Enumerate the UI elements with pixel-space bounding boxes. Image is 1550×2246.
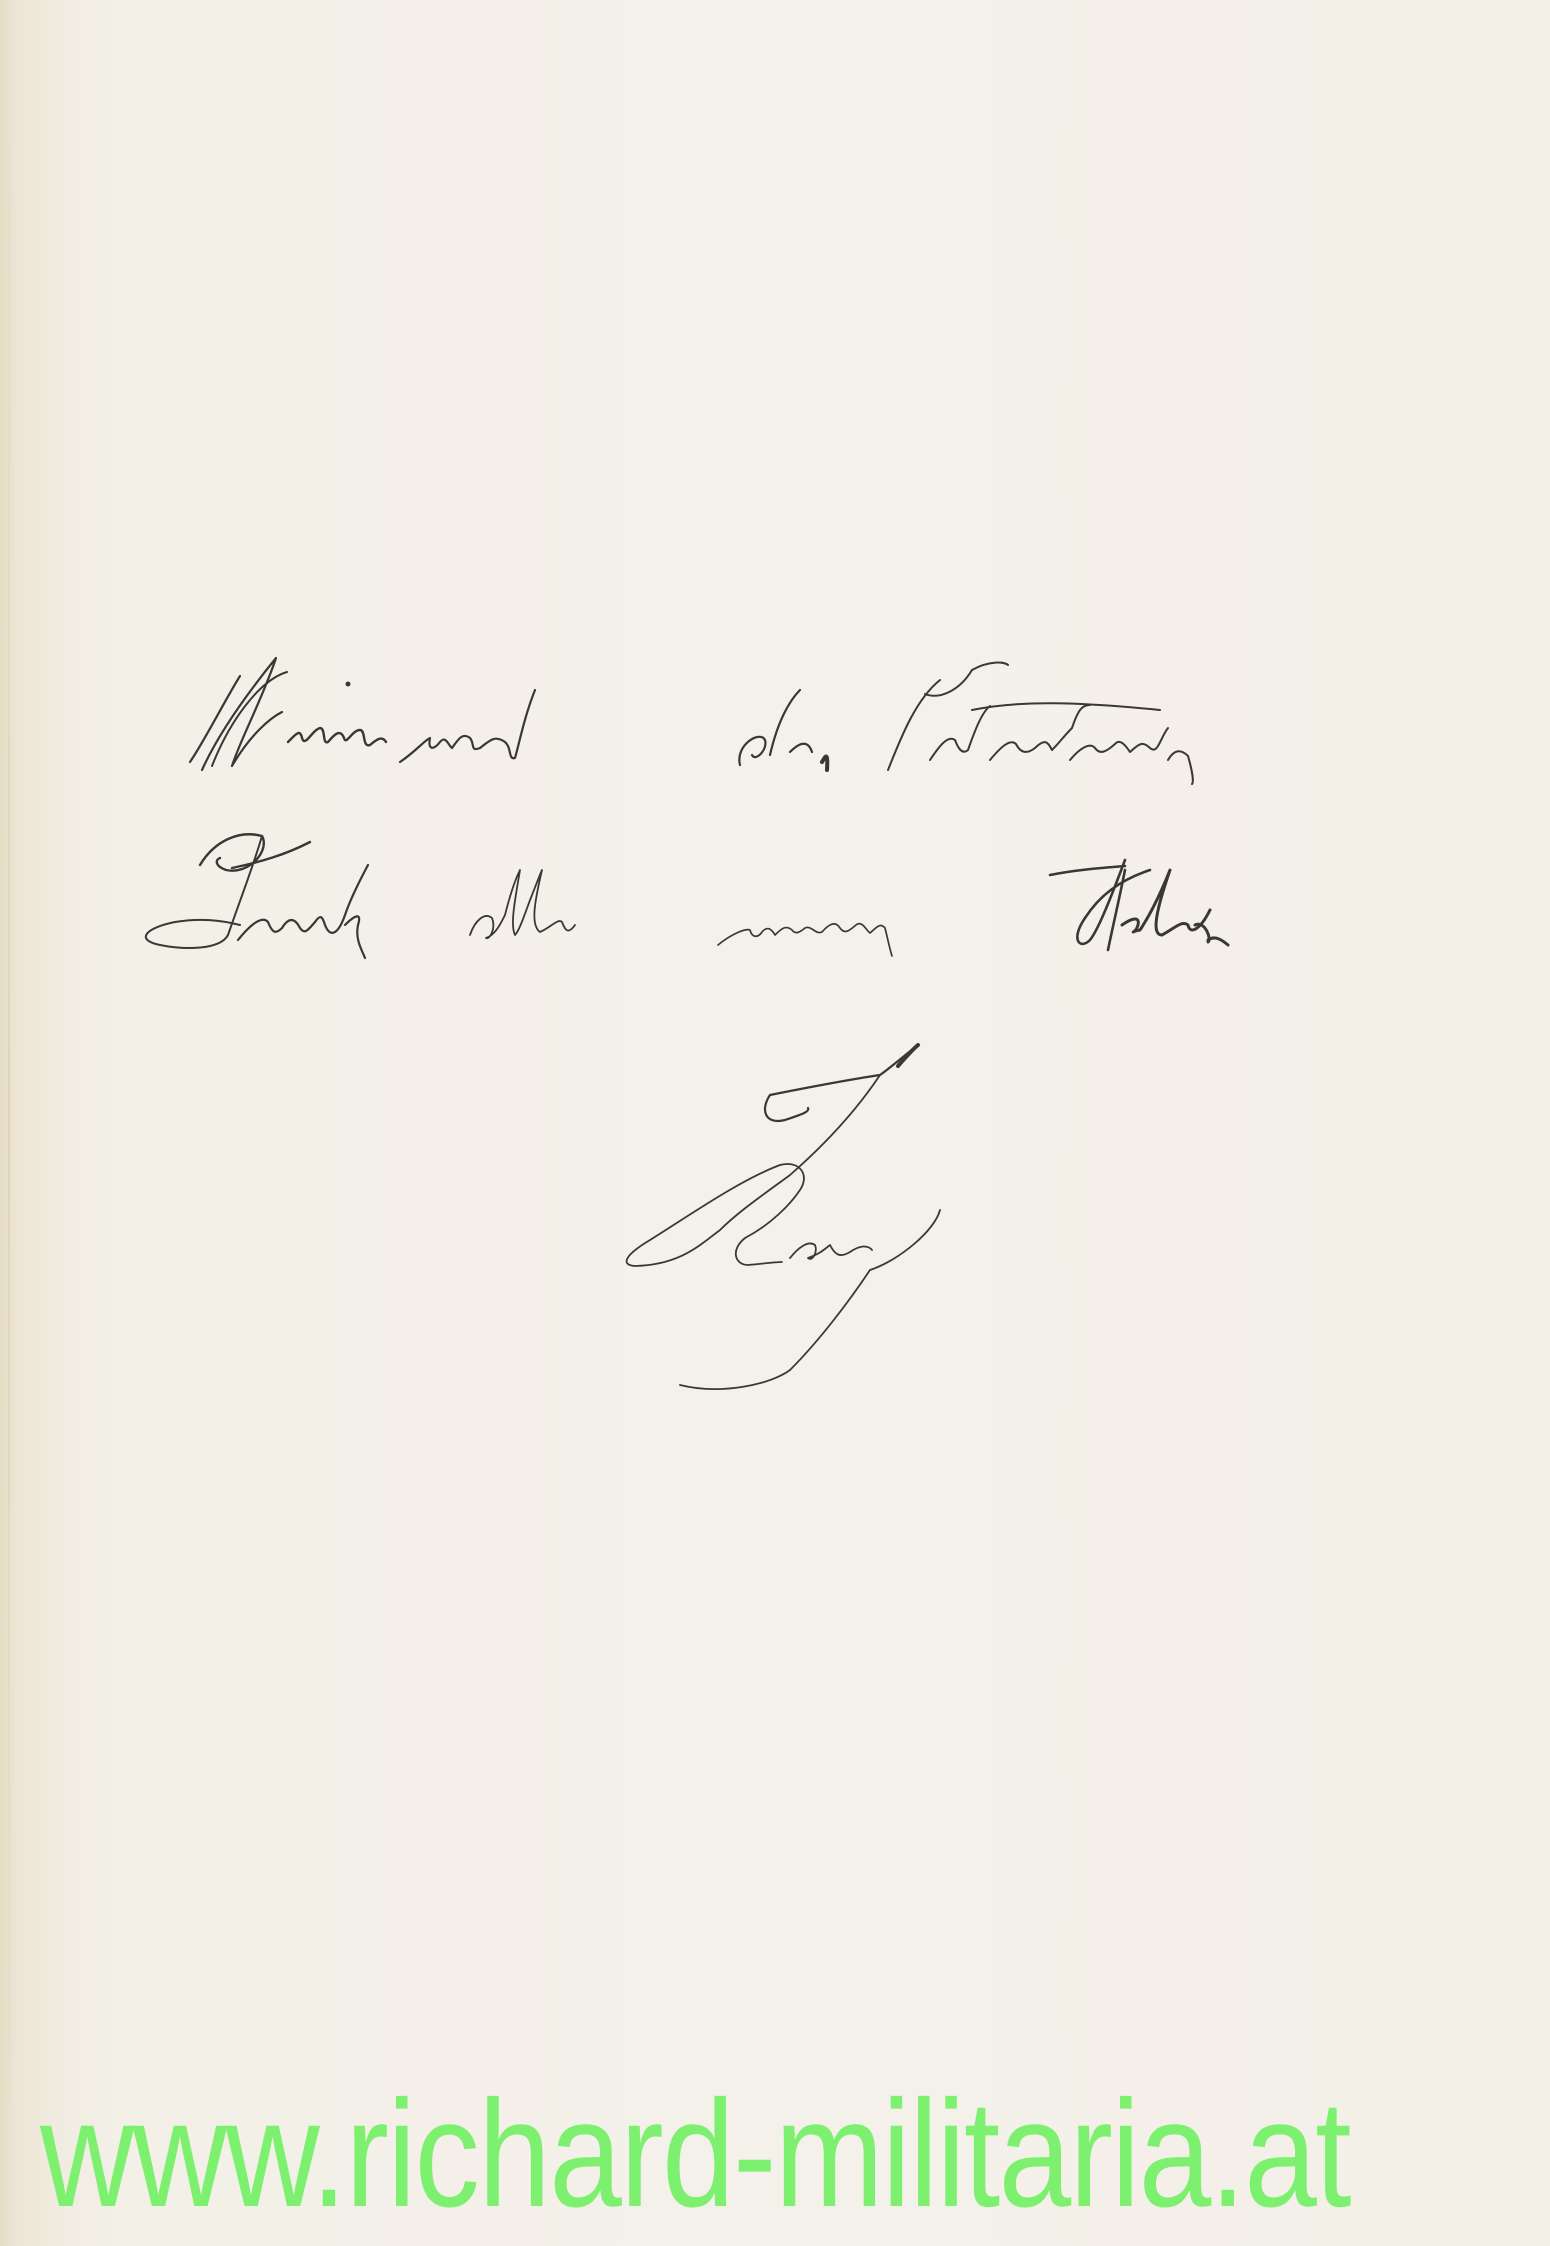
dedication-line-1 <box>190 658 1193 784</box>
signature-karl <box>627 1045 940 1389</box>
book-page: Meinen und des Vaterlandes Dank allen un… <box>0 0 1550 2246</box>
handwritten-dedication <box>0 0 1550 2246</box>
dedication-line-2 <box>146 834 1228 958</box>
website-watermark: www.richard-militaria.at <box>40 2078 1350 2230</box>
